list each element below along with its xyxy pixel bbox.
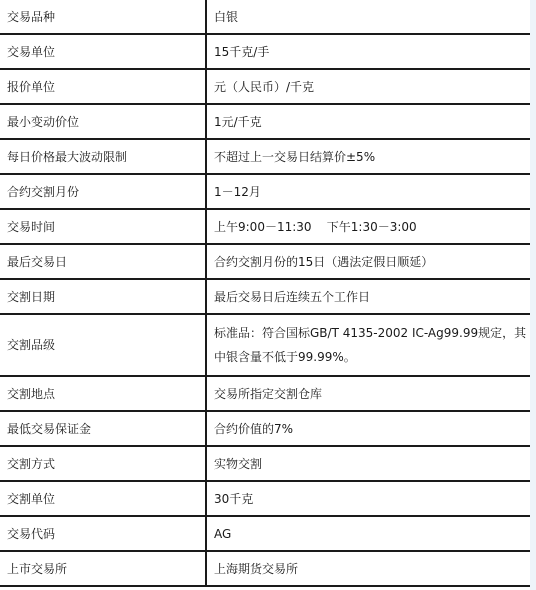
row-label: 合约交割月份 — [0, 174, 206, 209]
row-value: 合约交割月份的15日（遇法定假日顺延） — [206, 244, 530, 279]
row-value: 上海期货交易所 — [206, 551, 530, 586]
row-value: 交易所指定交割仓库 — [206, 376, 530, 411]
row-label: 交割品级 — [0, 314, 206, 376]
table-row: 最低交易保证金 合约价值的7% — [0, 411, 530, 446]
row-value: 标准品：符合国标GB/T 4135-2002 IC-Ag99.99规定，其中银含… — [206, 314, 530, 376]
row-value: 实物交割 — [206, 446, 530, 481]
row-label: 最后交易日 — [0, 244, 206, 279]
row-value: 1－12月 — [206, 174, 530, 209]
table-row: 最后交易日 合约交割月份的15日（遇法定假日顺延） — [0, 244, 530, 279]
table-row: 交割方式 实物交割 — [0, 446, 530, 481]
table-row: 交易单位 15千克/手 — [0, 34, 530, 69]
row-value: AG — [206, 516, 530, 551]
row-value: 1元/千克 — [206, 104, 530, 139]
row-label: 交割地点 — [0, 376, 206, 411]
table-row: 交割日期 最后交易日后连续五个工作日 — [0, 279, 530, 314]
row-label: 交割日期 — [0, 279, 206, 314]
table-row: 每日价格最大波动限制 不超过上一交易日结算价±5% — [0, 139, 530, 174]
row-label: 交割方式 — [0, 446, 206, 481]
table-row: 交易品种 白银 — [0, 0, 530, 34]
row-value: 30千克 — [206, 481, 530, 516]
table-row: 交易时间 上午9:00－11:30 下午1:30－3:00 — [0, 209, 530, 244]
row-label: 每日价格最大波动限制 — [0, 139, 206, 174]
table-row: 上市交易所 上海期货交易所 — [0, 551, 530, 586]
page-edge-strip — [530, 0, 536, 590]
table-row: 报价单位 元（人民币）/千克 — [0, 69, 530, 104]
row-value: 合约价值的7% — [206, 411, 530, 446]
row-value: 最后交易日后连续五个工作日 — [206, 279, 530, 314]
row-label: 交割单位 — [0, 481, 206, 516]
row-value: 15千克/手 — [206, 34, 530, 69]
row-label: 交易时间 — [0, 209, 206, 244]
row-value: 不超过上一交易日结算价±5% — [206, 139, 530, 174]
table-row: 交易代码 AG — [0, 516, 530, 551]
row-label: 最小变动价位 — [0, 104, 206, 139]
row-label: 上市交易所 — [0, 551, 206, 586]
row-value: 上午9:00－11:30 下午1:30－3:00 — [206, 209, 530, 244]
table-row: 合约交割月份 1－12月 — [0, 174, 530, 209]
row-label: 最低交易保证金 — [0, 411, 206, 446]
table-row: 交割地点 交易所指定交割仓库 — [0, 376, 530, 411]
table-row: 最小变动价位 1元/千克 — [0, 104, 530, 139]
silver-futures-contract-table: 交易品种 白银 交易单位 15千克/手 报价单位 元（人民币）/千克 最小变动价… — [0, 0, 530, 587]
row-label: 交易代码 — [0, 516, 206, 551]
row-label: 交易品种 — [0, 0, 206, 34]
row-value: 白银 — [206, 0, 530, 34]
row-value: 元（人民币）/千克 — [206, 69, 530, 104]
table-row: 交割品级 标准品：符合国标GB/T 4135-2002 IC-Ag99.99规定… — [0, 314, 530, 376]
row-label: 报价单位 — [0, 69, 206, 104]
row-label: 交易单位 — [0, 34, 206, 69]
table-row: 交割单位 30千克 — [0, 481, 530, 516]
